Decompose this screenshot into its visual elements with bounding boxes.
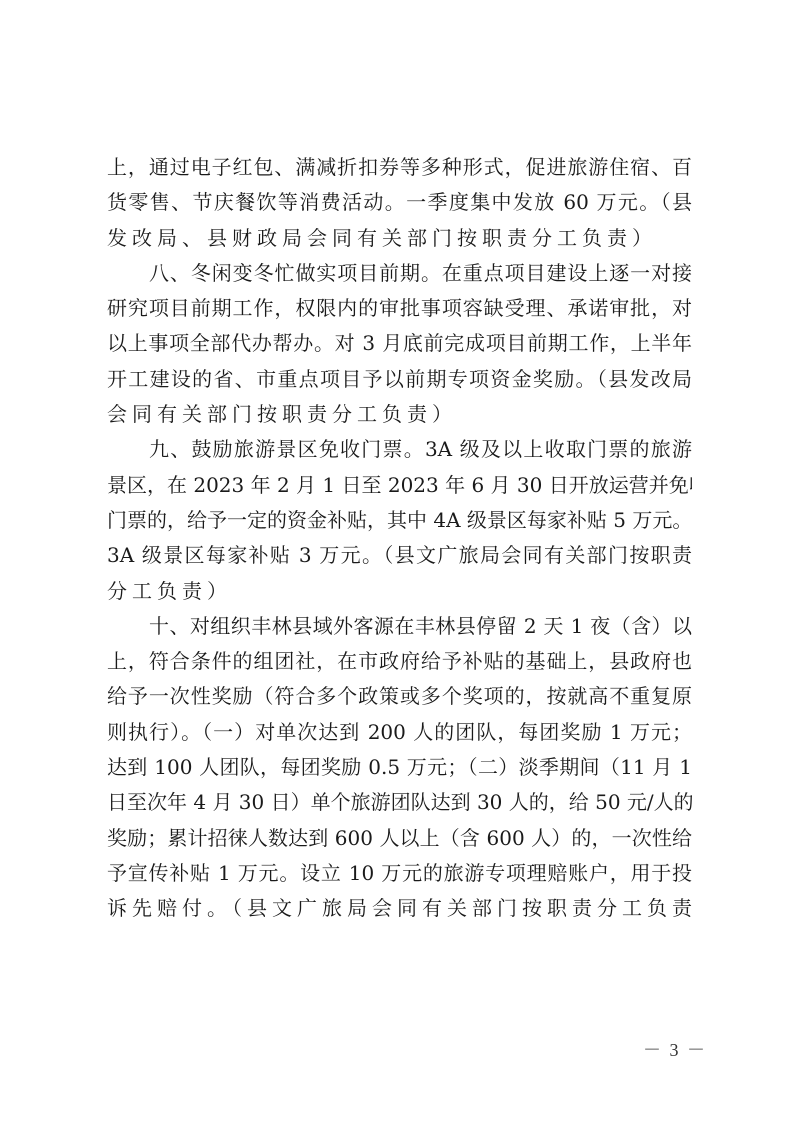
text-line: 则执行）。（一）对单次达到 200 人的团队，每团奖励 1 万元； — [107, 715, 692, 750]
text-line: 景区，在 2023 年 2 月 1 日至 2023 年 6 月 30 日开放运营… — [107, 468, 692, 503]
text-line: 给予一次性奖励（符合多个政策或多个奖项的，按就高不重复原 — [107, 679, 692, 714]
text-line: 日至次年 4 月 30 日）单个旅游团队达到 30 人的，给 50 元/人的 — [107, 785, 692, 820]
text-line: 诉先赔付。（县文广旅局会同有关部门按职责分工负责） — [107, 891, 692, 926]
text-line: 上，符合条件的组团社，在市政府给予补贴的基础上，县政府也 — [107, 644, 692, 679]
paragraph-7-continued: 上，通过电子红包、满减折扣券等多种形式，促进旅游住宿、百 货零售、节庆餐饮等消费… — [107, 150, 692, 256]
paragraph-heading-line: 九、鼓励旅游景区免收门票。3A 级及以上收取门票的旅游 — [107, 432, 692, 467]
text-line: 3A 级景区每家补贴 3 万元。（县文广旅局会同有关部门按职责 — [107, 538, 692, 573]
text-line: 上，通过电子红包、满减折扣券等多种形式，促进旅游住宿、百 — [107, 150, 692, 185]
document-body: 上，通过电子红包、满减折扣券等多种形式，促进旅游住宿、百 货零售、节庆餐饮等消费… — [107, 150, 692, 927]
page-number: － 3 － — [640, 1036, 710, 1062]
text-line: 开工建设的省、市重点项目予以前期专项资金奖励。（县发改局 — [107, 362, 692, 397]
text-line: 达到 100 人团队，每团奖励 0.5 万元；（二）淡季期间（11 月 1 — [107, 750, 692, 785]
paragraph-heading-line: 八、冬闲变冬忙做实项目前期。在重点项目建设上逐一对接 — [107, 256, 692, 291]
paragraph-9: 九、鼓励旅游景区免收门票。3A 级及以上收取门票的旅游 景区，在 2023 年 … — [107, 432, 692, 608]
document-page: 上，通过电子红包、满减折扣券等多种形式，促进旅游住宿、百 货零售、节庆餐饮等消费… — [0, 0, 793, 1122]
text-line: 会同有关部门按职责分工负责） — [107, 397, 692, 432]
text-line: 货零售、节庆餐饮等消费活动。一季度集中发放 60 万元。（县 — [107, 185, 692, 220]
text-line: 奖励；累计招徕人数达到 600 人以上（含 600 人）的，一次性给 — [107, 821, 692, 856]
text-line: 门票的，给予一定的资金补贴，其中 4A 级景区每家补贴 5 万元。 — [107, 503, 692, 538]
text-line: 发改局、县财政局会同有关部门按职责分工负责） — [107, 221, 692, 256]
text-line: 研究项目前期工作，权限内的审批事项容缺受理、承诺审批，对 — [107, 291, 692, 326]
text-line: 予宣传补贴 1 万元。设立 10 万元的旅游专项理赔账户，用于投 — [107, 856, 692, 891]
paragraph-8: 八、冬闲变冬忙做实项目前期。在重点项目建设上逐一对接 研究项目前期工作，权限内的… — [107, 256, 692, 432]
text-line: 以上事项全部代办帮办。对 3 月底前完成项目前期工作，上半年 — [107, 326, 692, 361]
paragraph-10: 十、对组织丰林县域外客源在丰林县停留 2 天 1 夜（含）以 上，符合条件的组团… — [107, 609, 692, 927]
paragraph-heading-line: 十、对组织丰林县域外客源在丰林县停留 2 天 1 夜（含）以 — [107, 609, 692, 644]
text-line: 分工负责） — [107, 574, 692, 609]
